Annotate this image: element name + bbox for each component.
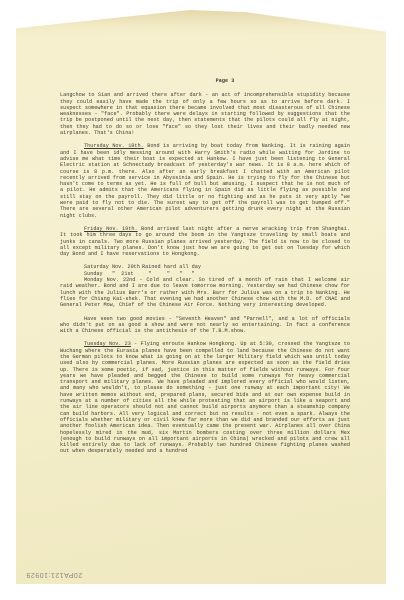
entry-heading-tuesday: Tuesday Nov. 23 bbox=[84, 341, 131, 347]
paragraph-text: Have seen two good movies - "Seventh Hea… bbox=[60, 316, 353, 335]
weekend-entries: Saturday Nov. 20th Rained hard all day S… bbox=[84, 264, 350, 277]
entry-heading-thursday: Thursday Nov. 18th. bbox=[84, 143, 144, 149]
paragraph-monday: Monday Nov. 22nd - Cold and clear. So ti… bbox=[60, 277, 350, 308]
paragraph-thursday: Thursday Nov. 18th. Bond is arriving by … bbox=[60, 143, 350, 219]
entry-heading-friday: Friday Nov. 19th. bbox=[84, 226, 138, 232]
paragraph-text: Bond is arriving by boat today from Nank… bbox=[60, 143, 353, 218]
paragraph-face-incident: Langchow to Sian and arrived there after… bbox=[60, 92, 350, 136]
paragraph-friday: Friday Nov. 19th. Bond arrived last nigh… bbox=[60, 226, 350, 257]
paragraph-tuesday: Tuesday Nov. 23 - Flying enroute Hankow … bbox=[60, 341, 350, 454]
paragraph-text: Langchow to Sian and arrived there after… bbox=[60, 92, 353, 136]
paragraph-text: Monday Nov. 22nd - Cold and clear. So ti… bbox=[60, 277, 353, 308]
paragraph-movies: Have seen two good movies - "Seventh Hea… bbox=[60, 316, 350, 335]
archive-stamp: 20PA121:10929 bbox=[26, 571, 82, 578]
page-number: Page 3 bbox=[100, 78, 350, 84]
paragraph-text: - Flying enroute Hankow Hongkong. Up at … bbox=[60, 341, 353, 454]
folded-top-edge bbox=[16, 10, 386, 36]
page-content: Page 3 Langchow to Sian and arrived ther… bbox=[60, 78, 350, 462]
scan-background: Page 3 Langchow to Sian and arrived ther… bbox=[0, 0, 404, 600]
